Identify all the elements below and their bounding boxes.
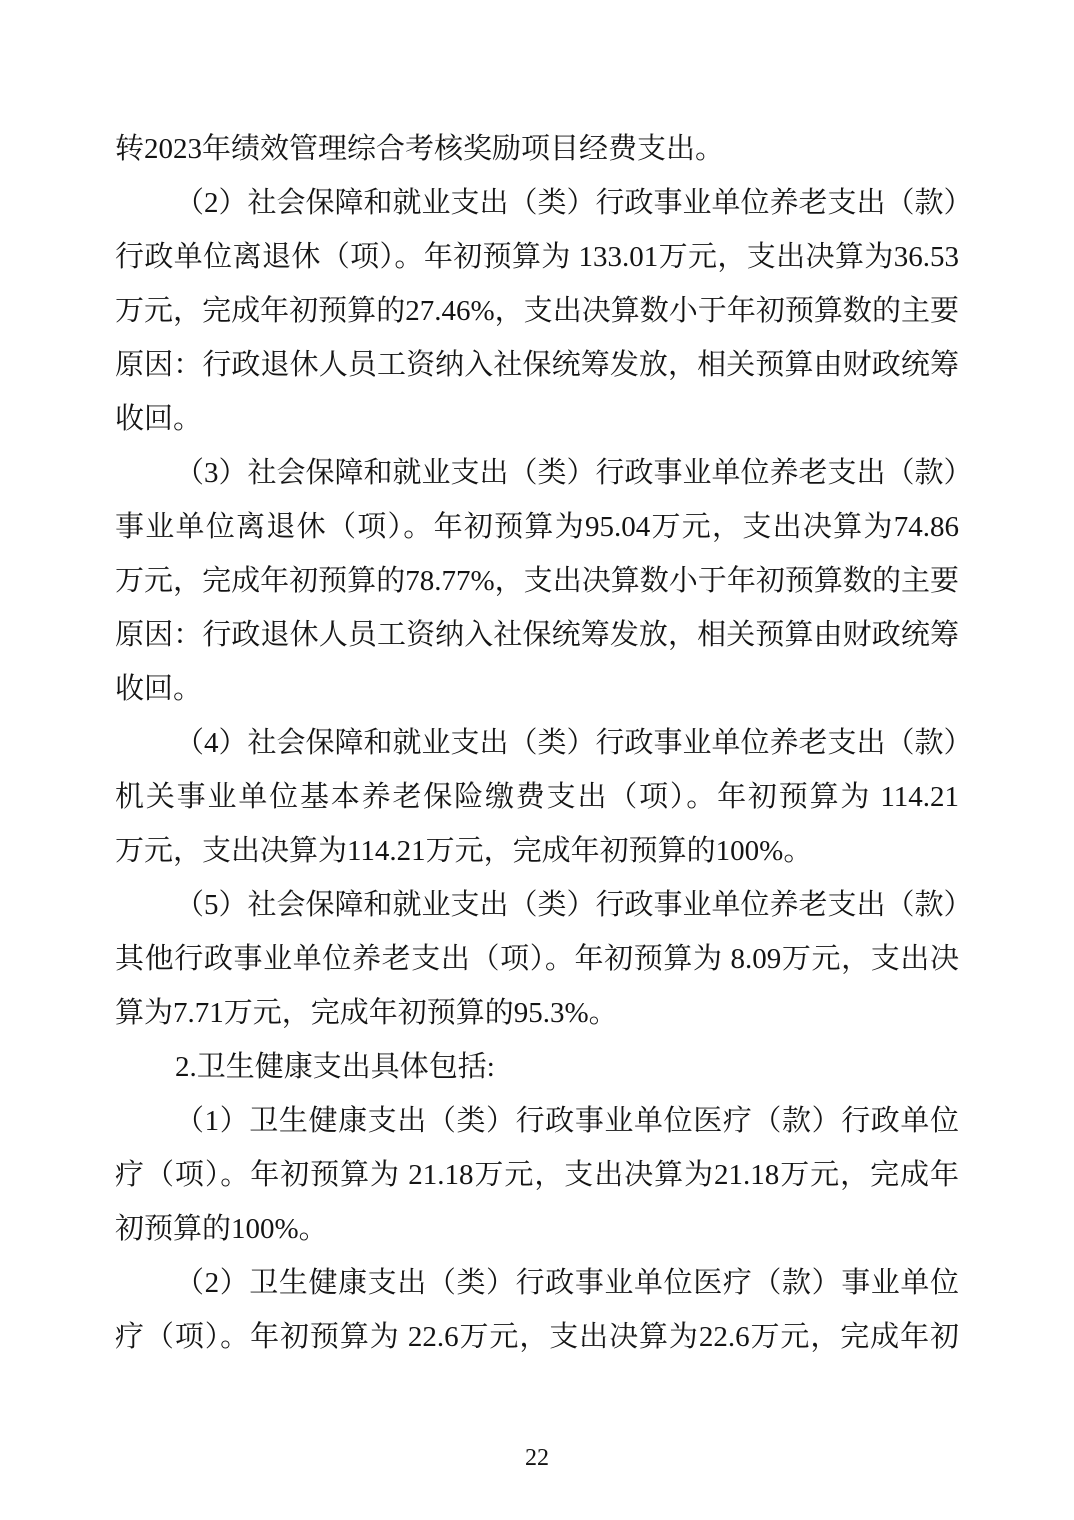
text-line: 行政单位离退休（项）。年初预算为 133.01万元，支出决算为36.53: [115, 230, 959, 284]
page-number: 22: [0, 1445, 1074, 1472]
text-line: 疗（项）。年初预算为 22.6万元，支出决算为22.6万元，完成年初: [115, 1310, 959, 1364]
text-line: （5）社会保障和就业支出（类）行政事业单位养老支出（款）: [115, 878, 959, 932]
text-line: 收回。: [115, 662, 959, 716]
text-line: （2）社会保障和就业支出（类）行政事业单位养老支出（款）: [115, 176, 959, 230]
text-line: 事业单位离退休（项）。年初预算为95.04万元，支出决算为74.86: [115, 500, 959, 554]
document-body: 转2023年绩效管理综合考核奖励项目经费支出。 （2）社会保障和就业支出（类）行…: [115, 122, 959, 1364]
text-line: 初预算的100%。: [115, 1202, 959, 1256]
text-line: 转2023年绩效管理综合考核奖励项目经费支出。: [115, 122, 959, 176]
text-line: 收回。: [115, 392, 959, 446]
text-line: 万元，完成年初预算的27.46%，支出决算数小于年初预算数的主要: [115, 284, 959, 338]
text-line: （2）卫生健康支出（类）行政事业单位医疗（款）事业单位医: [115, 1256, 959, 1310]
text-line: 原因：行政退休人员工资纳入社保统筹发放，相关预算由财政统筹: [115, 608, 959, 662]
text-line: 算为7.71万元，完成年初预算的95.3%。: [115, 986, 959, 1040]
text-line: 机关事业单位基本养老保险缴费支出（项）。年初预算为 114.21: [115, 770, 959, 824]
text-line: （1）卫生健康支出（类）行政事业单位医疗（款）行政单位医: [115, 1094, 959, 1148]
text-line: （4）社会保障和就业支出（类）行政事业单位养老支出（款）: [115, 716, 959, 770]
text-line: 万元，支出决算为114.21万元，完成年初预算的100%。: [115, 824, 959, 878]
text-line: （3）社会保障和就业支出（类）行政事业单位养老支出（款）: [115, 446, 959, 500]
text-line: 万元，完成年初预算的78.77%，支出决算数小于年初预算数的主要: [115, 554, 959, 608]
text-line: 疗（项）。年初预算为 21.18万元，支出决算为21.18万元，完成年: [115, 1148, 959, 1202]
text-line: 其他行政事业单位养老支出（项）。年初预算为 8.09万元，支出决: [115, 932, 959, 986]
text-line: 原因：行政退休人员工资纳入社保统筹发放，相关预算由财政统筹: [115, 338, 959, 392]
text-line: 2.卫生健康支出具体包括:: [115, 1040, 959, 1094]
document-page: 转2023年绩效管理综合考核奖励项目经费支出。 （2）社会保障和就业支出（类）行…: [0, 0, 1074, 1520]
